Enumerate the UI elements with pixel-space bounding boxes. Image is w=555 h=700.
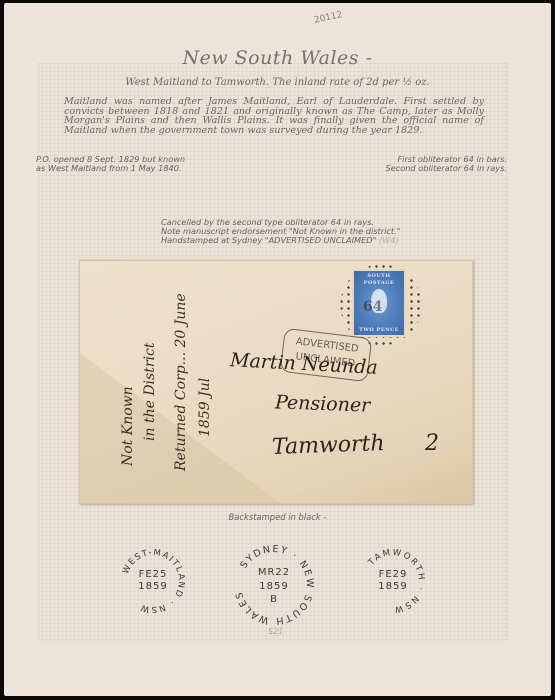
stamp-top-text: SOUTH: [354, 273, 404, 279]
page-title: New South Wales -: [4, 47, 551, 69]
tamworth-postmark: TAMWORTH · NSW FE29 1859: [361, 549, 425, 613]
cover-description: Cancelled by the second type obliterator…: [161, 218, 400, 245]
stamp-mid-text: POSTAGE: [354, 280, 404, 286]
obliterator-number: 64: [363, 299, 382, 315]
note-line: Handstamped at Sydney "ADVERTISED UNCLAI…: [161, 236, 400, 245]
west-maitland-postmark: WEST-MAITLAND · NSW FE25 1859: [121, 549, 185, 613]
note-line: as West Maitland from 1 May 1840.: [36, 164, 185, 173]
manuscript-endorsement-line: in the District: [142, 343, 158, 441]
postmark-date: FE29: [361, 569, 425, 580]
stamp-value-text: TWO PENCE: [354, 327, 404, 333]
postmark-year: 1859: [234, 581, 314, 592]
intro-paragraph: Maitland was named after James Maitland,…: [64, 97, 484, 135]
note-line: Second obliterator 64 in rays.: [386, 164, 508, 173]
page-subtitle: West Maitland to Tamworth. The inland ra…: [4, 77, 551, 88]
postmark-date: FE25: [121, 569, 185, 580]
addressee-occupation: Pensioner: [275, 391, 371, 416]
address-flourish: 2: [425, 431, 439, 456]
postmark-year: 1859: [361, 581, 425, 592]
postmark-code: B: [234, 594, 314, 605]
envelope-cover: Not Known in the District Returned Corp.…: [79, 260, 473, 504]
pencil-catalog-reference: S21: [268, 627, 283, 636]
album-page: 20112 New South Wales - West Maitland to…: [4, 3, 551, 696]
postmark-date: MR22: [234, 567, 314, 578]
obliterator-note: First obliterator 64 in bars. Second obl…: [386, 155, 508, 173]
pencil-reference: (W4): [379, 235, 399, 245]
post-office-note: P.O. opened 8 Sept. 1829 but known as We…: [36, 155, 185, 173]
manuscript-endorsement-line: 1859 Jul: [197, 378, 213, 437]
postmark-year: 1859: [121, 581, 185, 592]
manuscript-endorsement-line: Not Known: [120, 386, 136, 466]
sydney-postmark: SYDNEY · NEW SOUTH WALES MR22 1859 B: [234, 545, 314, 625]
addressee-town: Tamworth: [272, 431, 385, 460]
manuscript-endorsement-line: Returned Corp... 20 June: [173, 293, 189, 471]
pencil-reference-top: 20112: [313, 10, 343, 26]
backstamp-caption: Backstamped in black -: [4, 512, 551, 522]
